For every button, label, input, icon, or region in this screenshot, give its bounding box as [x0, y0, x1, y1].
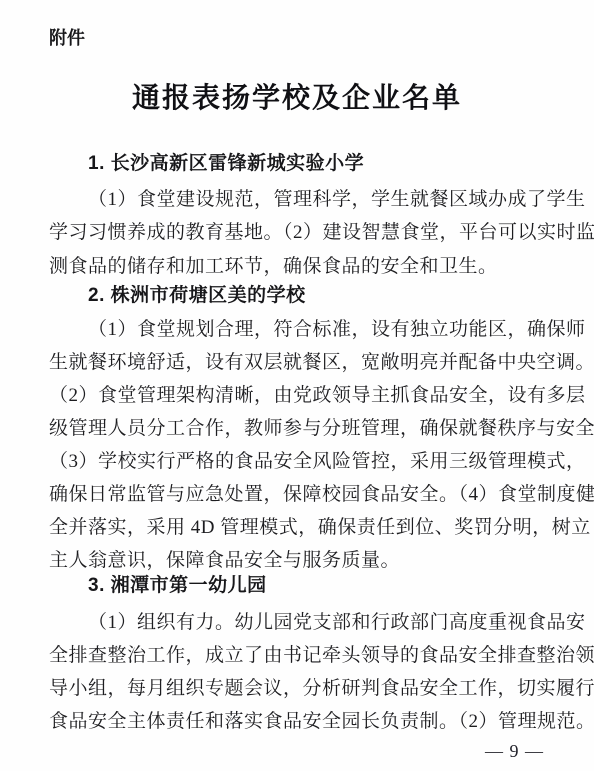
body-line: （1）食堂规划合理，符合标准，设有独立功能区，确保师: [88, 318, 546, 341]
body-line: 确保日常监管与应急处置，保障校园食品安全。（4）食堂制度健: [49, 483, 546, 506]
body-line: 生就餐环境舒适，设有双层就餐区，宽敞明亮并配备中央空调。: [49, 351, 546, 374]
body-line: 学习习惯养成的教育基地。（2）建设智慧食堂，平台可以实时监: [49, 221, 546, 244]
body-line: 测食品的储存和加工环节，确保食品的安全和卫生。: [49, 255, 546, 278]
body-line: （1）食堂建设规范，管理科学，学生就餐区域办成了学生: [88, 188, 546, 211]
attachment-label: 附件: [49, 24, 85, 50]
body-line: 导小组，每月组织专题会议，分析研判食品安全工作，切实履行: [49, 677, 546, 700]
section-heading-1: 1. 长沙高新区雷锋新城实验小学: [88, 153, 364, 175]
body-line: 食品安全主体责任和落实食品安全园长负责制。（2）管理规范。: [49, 710, 546, 733]
section-heading-2: 2. 株洲市荷塘区美的学校: [88, 285, 306, 307]
body-line: 全排查整治工作，成立了由书记牵头领导的食品安全排查整治领: [49, 644, 546, 667]
document-title: 通报表扬学校及企业名单: [0, 76, 594, 116]
page-number: — 9 —: [485, 741, 544, 762]
body-line: 主人翁意识，保障食品安全与服务质量。: [49, 549, 546, 572]
section-heading-3: 3. 湘潭市第一幼儿园: [88, 575, 267, 597]
body-line: （3）学校实行严格的食品安全风险管控，采用三级管理模式，: [49, 450, 546, 473]
body-line: 全并落实，采用 4D 管理模式，确保责任到位、奖罚分明，树立: [49, 516, 546, 539]
body-line: （1）组织有力。幼儿园党支部和行政部门高度重视食品安: [88, 611, 546, 634]
document-page: 附件 通报表扬学校及企业名单 1. 长沙高新区雷锋新城实验小学 （1）食堂建设规…: [0, 0, 594, 771]
body-line: （2）食堂管理架构清晰，由党政领导主抓食品安全，设有多层: [49, 384, 546, 407]
body-line: 级管理人员分工合作，教师参与分班管理，确保就餐秩序与安全。: [49, 417, 546, 440]
